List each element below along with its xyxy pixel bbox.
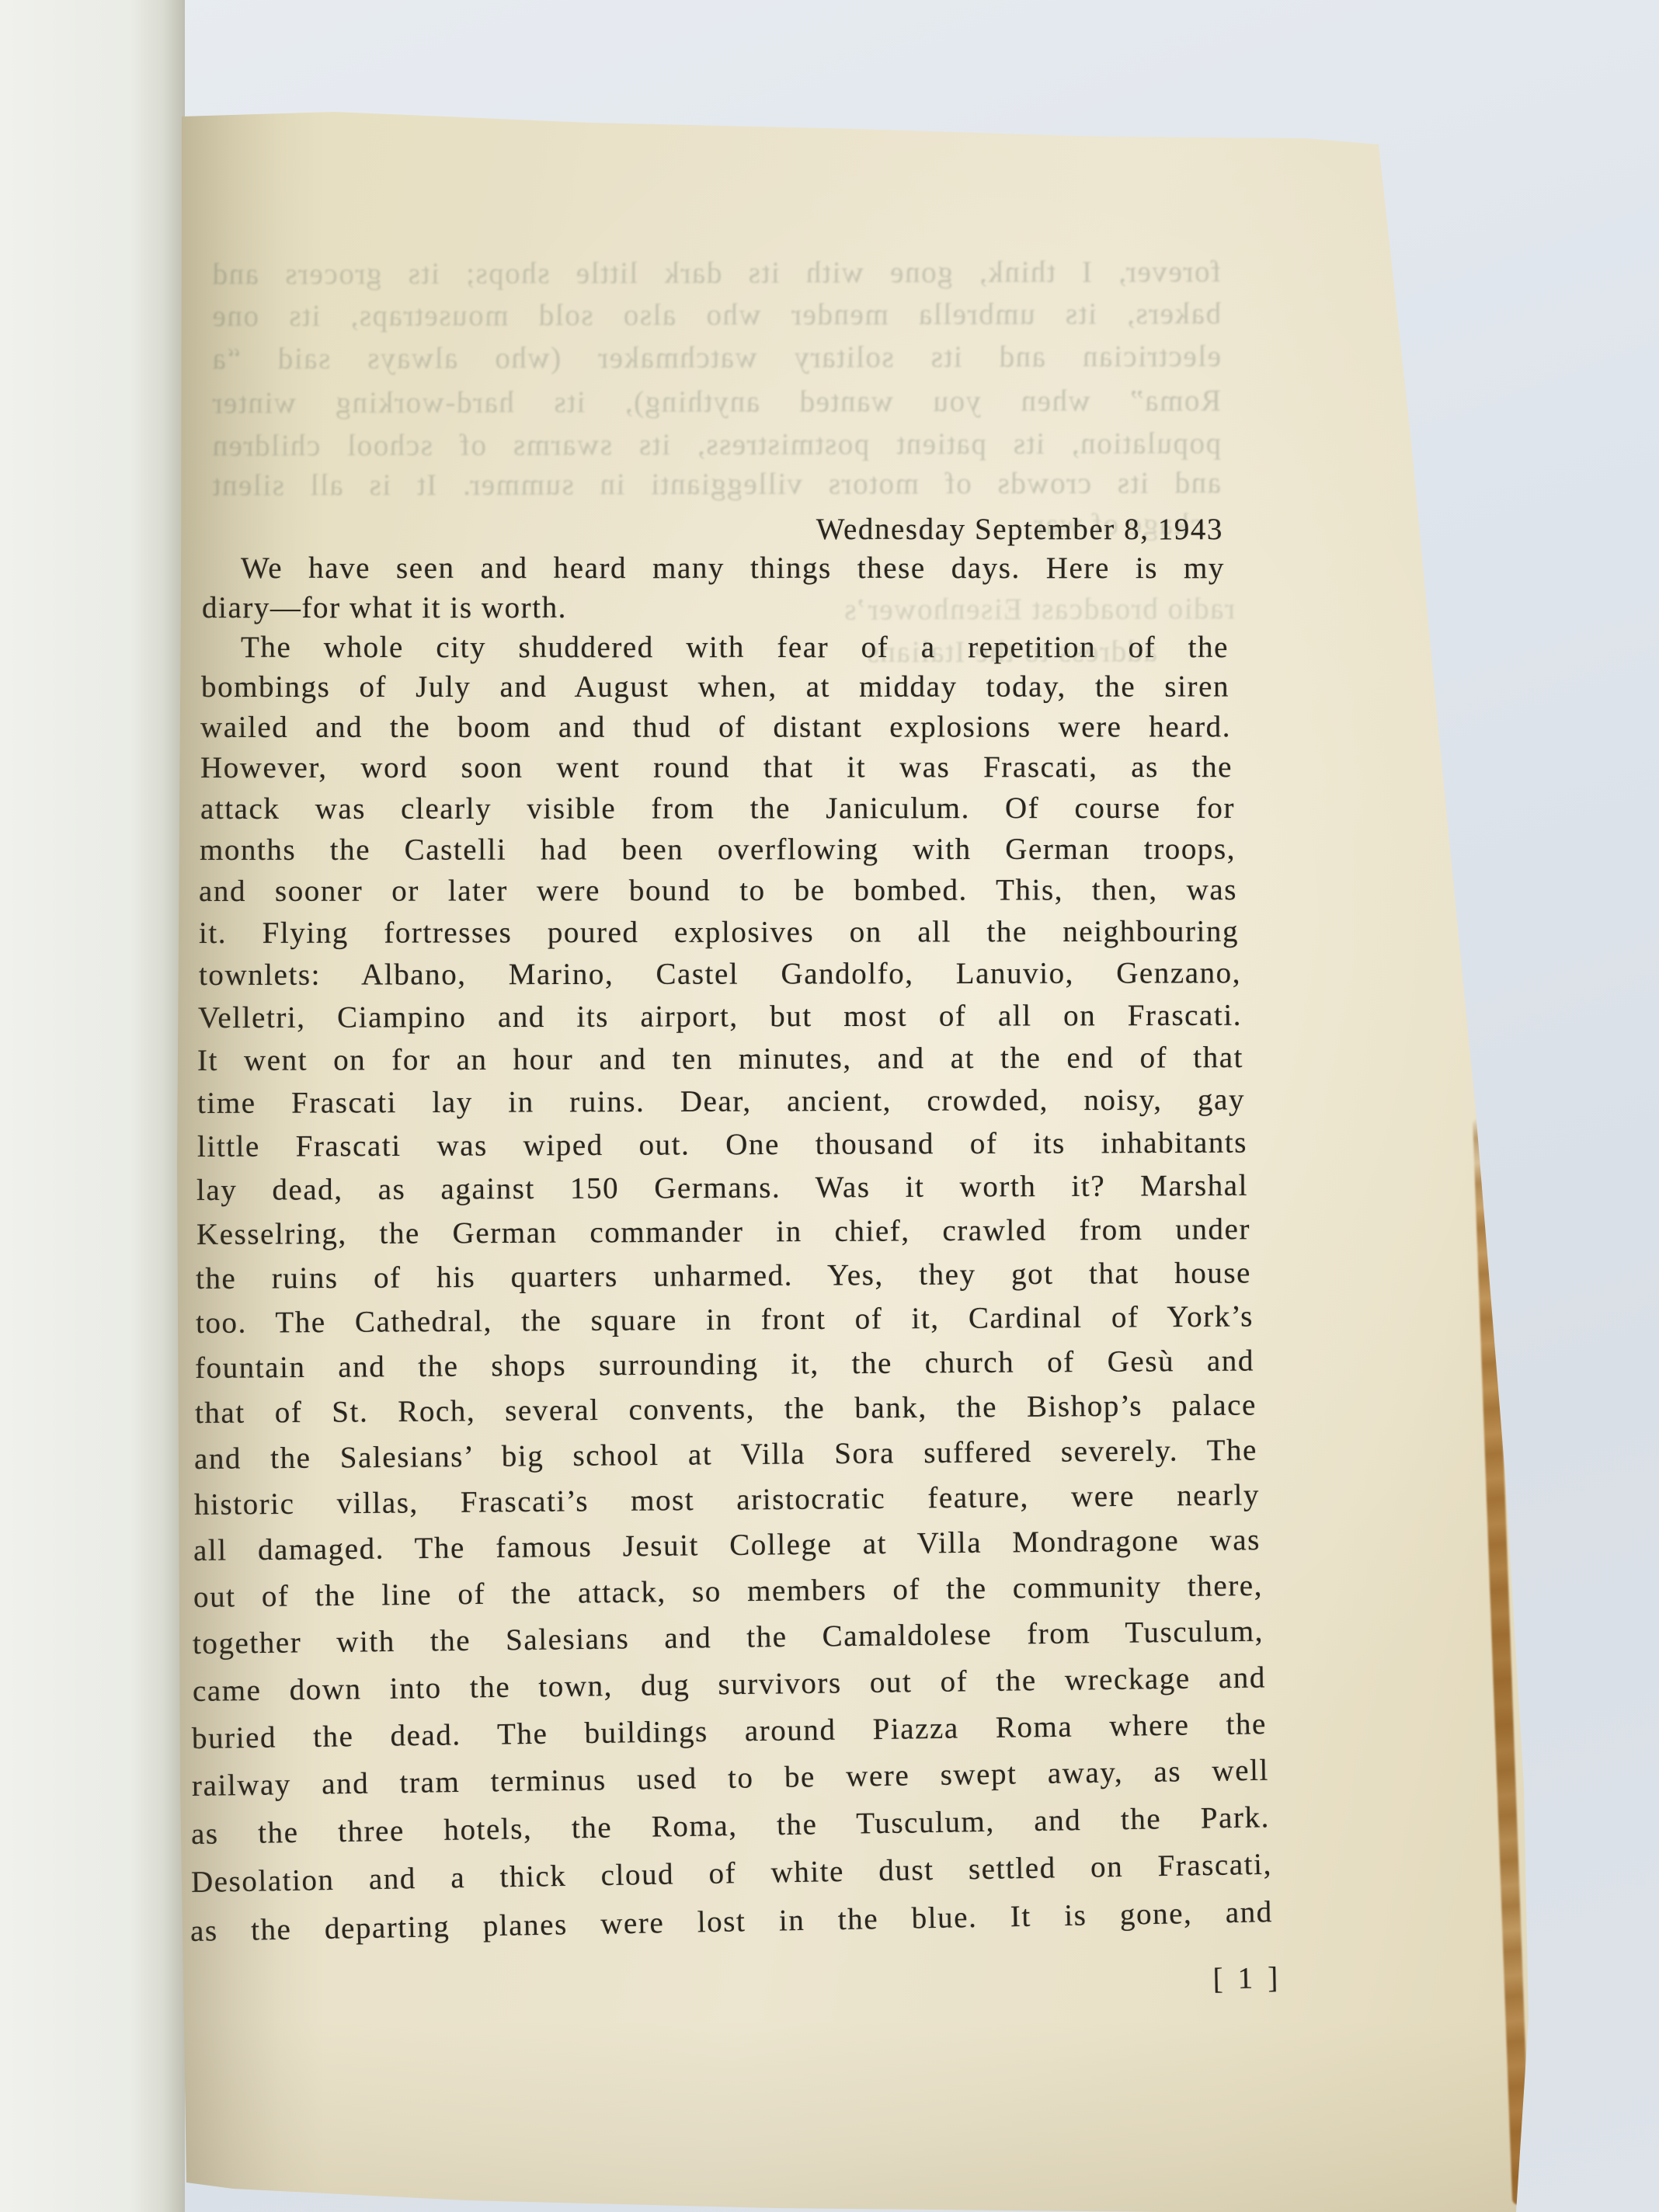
ghost-text-line: forever, I think, gone with its dark lit… <box>211 252 1221 294</box>
text-line: attack was clearly visible from the Jani… <box>200 787 1235 831</box>
text-line: It went on for an hour and ten minutes, … <box>197 1036 1243 1083</box>
facing-page-edge <box>0 0 185 2212</box>
text-line: all damaged. The famous Jesuit College a… <box>193 1518 1261 1573</box>
photo-of-open-book: forever, I think, gone with its dark lit… <box>0 0 1659 2212</box>
ghost-text-line: population, its patient postmistress, it… <box>211 423 1221 466</box>
text-line: Velletri, Ciampino and its airport, but … <box>198 994 1242 1040</box>
text-line: it. Flying fortresses poured explosives … <box>199 910 1239 955</box>
text-line: time Frascati lay in ruins. Dear, ancien… <box>197 1078 1245 1125</box>
text-line: historic villas, Frascati’s most aristoc… <box>194 1473 1260 1527</box>
text-line: Kesselring, the German commander in chie… <box>197 1208 1250 1257</box>
text-line: diary—for what it is worth. <box>202 586 1226 630</box>
text-line: The whole city shuddered with fear of a … <box>202 626 1229 670</box>
text-line: and sooner or later were bound to be bom… <box>199 868 1237 913</box>
text-line: that of St. Roch, several convents, the … <box>195 1384 1257 1435</box>
text-line: months the Castelli had been overflowing… <box>200 828 1236 872</box>
text-line: We have seen and heard many things these… <box>202 547 1225 590</box>
text-line: lay dead, as against 150 Germans. Was it… <box>197 1164 1248 1212</box>
text-line: fountain and the shops surrounding it, t… <box>195 1339 1254 1390</box>
page-bottom-shading <box>179 2019 1530 2212</box>
ghost-text-line: and its crowds of motors villeggianti in… <box>211 463 1221 506</box>
page-number: [ 1 ] <box>1156 1956 1282 2002</box>
ghost-text-line: Roma” when you wanted anything), its har… <box>211 381 1221 423</box>
text-line: bombings of July and August when, at mid… <box>201 666 1229 709</box>
ghost-text-line: electrician and its solitary watchmaker … <box>211 336 1221 379</box>
text-line: little Frascati was wiped out. One thous… <box>197 1122 1247 1169</box>
text-line: the ruins of his quarters unharmed. Yes,… <box>196 1251 1251 1301</box>
diary-date-line: Wednesday September 8, 1943 <box>203 508 1223 551</box>
text-line: too. The Cathedral, the square in front … <box>196 1295 1254 1345</box>
ghost-text-line: bakers, its umbrella mender who also sol… <box>211 294 1221 336</box>
text-line: However, word soon went round that it wa… <box>200 746 1233 790</box>
text-line: and the Salesians’ big school at Villa S… <box>194 1429 1257 1481</box>
text-line: wailed and the boom and thud of distant … <box>200 705 1231 750</box>
text-line: townlets: Albano, Marino, Castel Gandolf… <box>199 951 1241 997</box>
